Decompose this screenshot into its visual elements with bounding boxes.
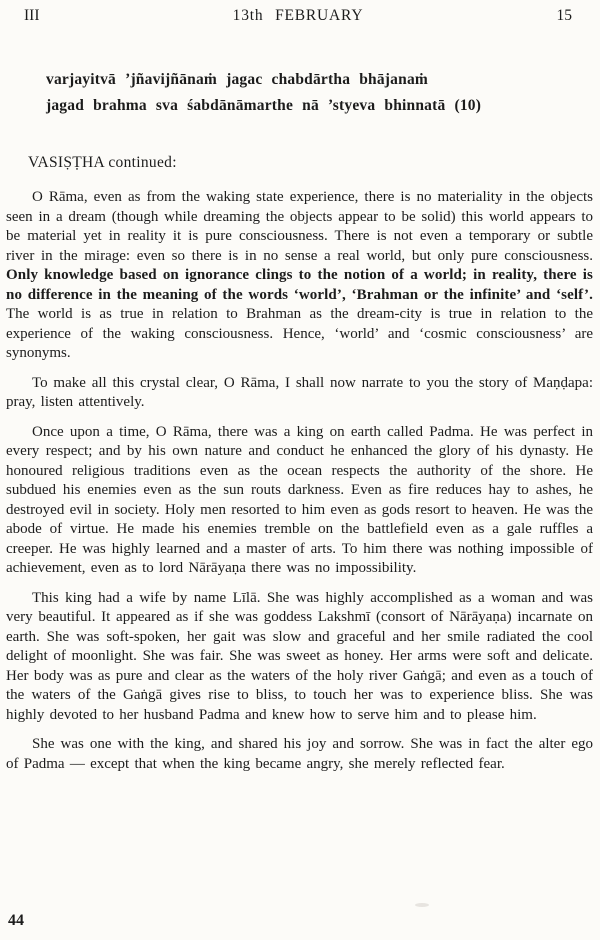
sanskrit-verse: varjayitvā ’jñavijñānaṁ jagac chabdārtha… — [46, 67, 600, 119]
book-page: III 13th FEBRUARY 15 varjayitvā ’jñavijñ… — [0, 0, 600, 940]
page-number-bottom: 44 — [8, 912, 24, 930]
body-text: O Rāma, even as from the waking state ex… — [0, 188, 600, 774]
paragraph-1-text-b: The world is as true in relation to Brah… — [6, 306, 593, 361]
paragraph-2: To make all this crystal clear, O Rāma, … — [6, 374, 593, 413]
speaker-line: VASIṢṬHA continued: — [28, 153, 600, 173]
paragraph-3: Once upon a time, O Rāma, there was a ki… — [6, 423, 593, 579]
verse-line-2: jagad brahma sva śabdānāmarthe nā ’styev… — [46, 93, 600, 119]
chapter-number: III — [24, 7, 40, 25]
paragraph-1: O Rāma, even as from the waking state ex… — [6, 188, 593, 364]
running-header: III 13th FEBRUARY 15 — [0, 0, 600, 25]
paragraph-5: She was one with the king, and shared hi… — [6, 735, 593, 774]
scan-artifact — [415, 903, 429, 907]
verse-line-1: varjayitvā ’jñavijñānaṁ jagac chabdārtha… — [46, 67, 600, 93]
paragraph-1-text-a: O Rāma, even as from the waking state ex… — [6, 189, 593, 264]
paragraph-4: This king had a wife by name Līlā. She w… — [6, 589, 593, 726]
paragraph-1-bold: Only knowledge based on ignorance clings… — [6, 267, 593, 303]
date-heading: 13th FEBRUARY — [233, 7, 364, 25]
page-number-top: 15 — [556, 7, 572, 25]
